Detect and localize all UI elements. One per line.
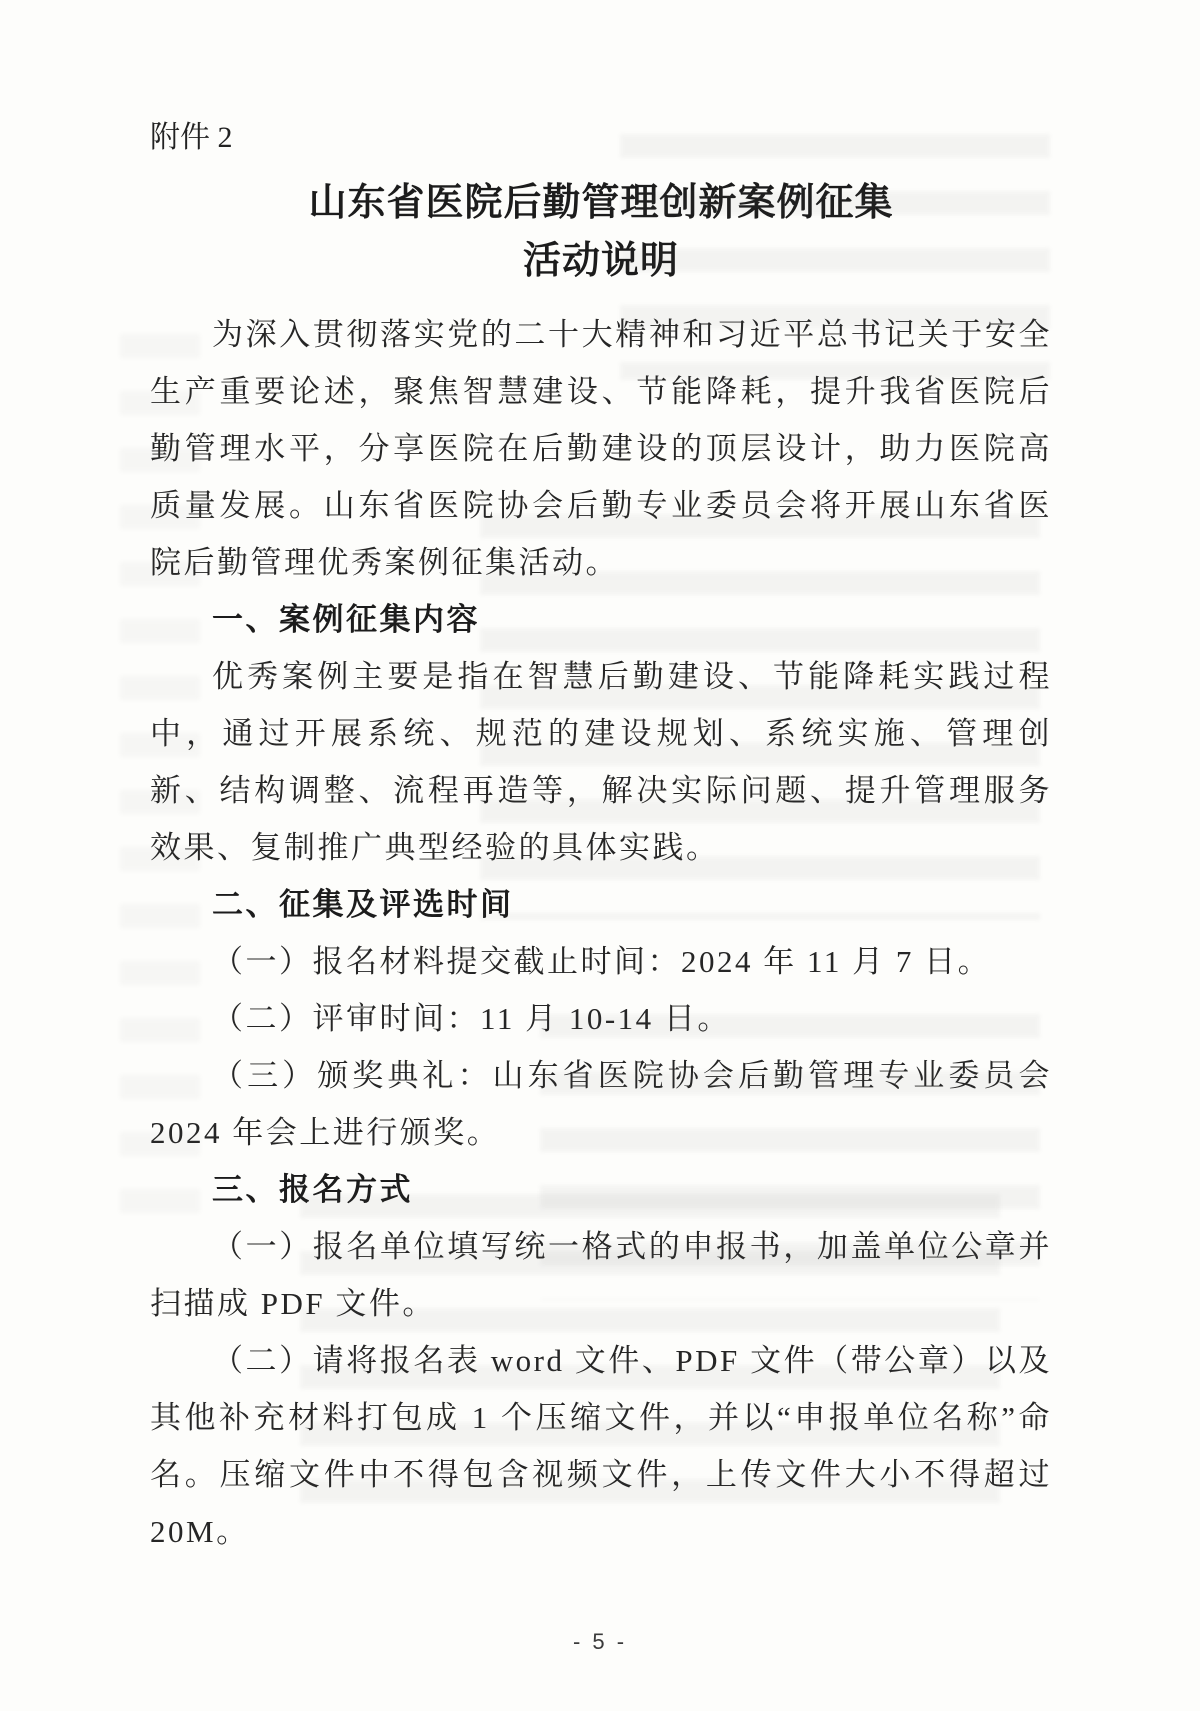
document-page: 附件 2 山东省医院后勤管理创新案例征集 活动说明 为深入贯彻落实党的二十大精神… (0, 0, 1200, 1711)
page-number: - 5 - (0, 1629, 1200, 1655)
section-2-item-3: （三）颁奖典礼：山东省医院协会后勤管理专业委员会 2024 年会上进行颁奖。 (150, 1047, 1052, 1161)
section-3-item-2: （二）请将报名表 word 文件、PDF 文件（带公章）以及其他补充材料打包成 … (150, 1332, 1052, 1560)
document-title-line2: 活动说明 (150, 232, 1052, 290)
section-2-item-1: （一）报名材料提交截止时间：2024 年 11 月 7 日。 (150, 933, 1052, 990)
section-heading-1: 一、案例征集内容 (150, 591, 1052, 648)
section-3-item-1: （一）报名单位填写统一格式的申报书，加盖单位公章并扫描成 PDF 文件。 (150, 1218, 1052, 1332)
intro-paragraph: 为深入贯彻落实党的二十大精神和习近平总书记关于安全生产重要论述，聚焦智慧建设、节… (150, 306, 1052, 591)
attachment-label: 附件 2 (150, 116, 1052, 160)
section-heading-2: 二、征集及评选时间 (150, 876, 1052, 933)
section-heading-3: 三、报名方式 (150, 1161, 1052, 1218)
document-title-line1: 山东省医院后勤管理创新案例征集 (150, 174, 1052, 232)
section-1-paragraph: 优秀案例主要是指在智慧后勤建设、节能降耗实践过程中，通过开展系统、规范的建设规划… (150, 648, 1052, 876)
section-2-item-2: （二）评审时间：11 月 10-14 日。 (150, 990, 1052, 1047)
